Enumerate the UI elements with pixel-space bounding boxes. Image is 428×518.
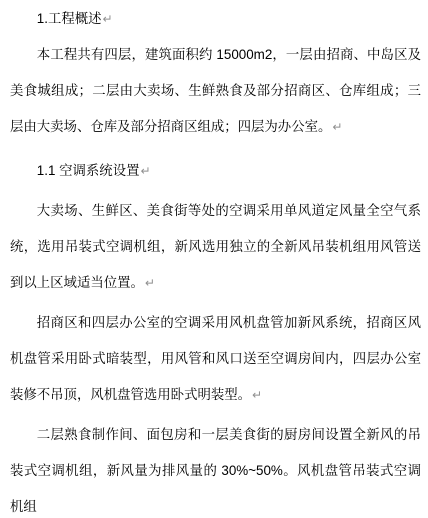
paragraph-kitchen-fresh-air-text: 二层熟食制作间、面包房和一层美食街的厨房间设置全新风的吊装式空调机组，新风量为排… — [10, 427, 421, 514]
paragraph-mark-icon: ↵ — [332, 120, 342, 134]
document-page: 1.工程概述↵ 本工程共有四层，建筑面积约 15000m2，一层由招商、中岛区及… — [0, 0, 428, 518]
paragraph-mark-icon: ↵ — [103, 12, 113, 26]
heading-hvac-system-setup: 1.1 空调系统设置↵ — [10, 153, 421, 189]
paragraph-mark-icon: ↵ — [140, 164, 150, 178]
paragraph-fan-coil-system-text: 招商区和四层办公室的空调采用风机盘管加新风系统，招商区风机盘管采用卧式暗装型，用… — [10, 315, 421, 402]
paragraph-building-overview: 本工程共有四层，建筑面积约 15000m2，一层由招商、中岛区及美食城组成；二层… — [10, 37, 421, 145]
heading-hvac-system-setup-text: 1.1 空调系统设置 — [37, 163, 140, 178]
paragraph-mark-icon: ↵ — [252, 388, 262, 402]
paragraph-fan-coil-system: 招商区和四层办公室的空调采用风机盘管加新风系统，招商区风机盘管采用卧式暗装型，用… — [10, 305, 421, 413]
paragraph-mark-icon: ↵ — [145, 276, 155, 290]
heading-project-overview: 1.工程概述↵ — [10, 1, 421, 37]
paragraph-all-air-system-text: 大卖场、生鲜区、美食街等处的空调采用单风道定风量全空气系统，选用吊装式空调机组，… — [10, 203, 421, 290]
heading-project-overview-text: 1.工程概述 — [37, 11, 102, 26]
paragraph-all-air-system: 大卖场、生鲜区、美食街等处的空调采用单风道定风量全空气系统，选用吊装式空调机组，… — [10, 193, 421, 301]
paragraph-building-overview-text: 本工程共有四层，建筑面积约 15000m2，一层由招商、中岛区及美食城组成；二层… — [10, 47, 421, 134]
paragraph-kitchen-fresh-air: 二层熟食制作间、面包房和一层美食街的厨房间设置全新风的吊装式空调机组，新风量为排… — [10, 417, 421, 518]
